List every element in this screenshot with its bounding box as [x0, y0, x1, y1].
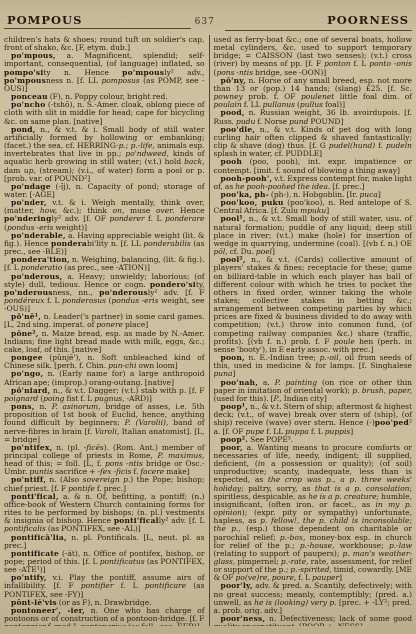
dictionary-entry: pooh (poo, pooh), int. expr. impatience … [214, 158, 413, 174]
dictionary-entry: pool², n., & v.t. (Cards) collective amo… [214, 256, 413, 354]
dictionary-entry: po'ntify, v.i. Play the pontiff, assume … [4, 574, 205, 598]
dictionary-entry: po'ndage (-ĭj), n. Capacity of pond; sto… [4, 183, 205, 199]
dictionary-entry: po'nder, v.t. & i. Weigh mentally, think… [4, 199, 205, 232]
dictionary-entry: pō'nē¹, n. Leader('s partner) in some ca… [4, 313, 205, 329]
header-right-catchword: POORNESS [327, 13, 409, 27]
dictionary-entry: used as ferry-boat &c.; one of several b… [214, 36, 413, 77]
dictionary-entry: poo'dle, n., & v.t. Kinds of pet dog wit… [214, 126, 413, 159]
dictionary-entry: po'ncho (-tshŏ), n. S.-Amer. cloak, oblo… [4, 101, 205, 125]
dictionary-entry: pongee (pŭnjē'), n. Soft unbleached kind… [4, 354, 205, 370]
dictionary-entry: po'ntifex, n. (pl. -ficēs). (Rom. Ant.) … [4, 444, 205, 477]
dictionary-entry: pons, n. P. asinorum, bridge of asses, i… [4, 403, 205, 444]
header-left-catchword: POMPOUS [7, 13, 82, 27]
dictionary-entry: pontificate (-ăt), n. Office of pontifex… [4, 550, 205, 574]
dictionary-entry: pontoneer', -ier, n. One who has charge … [4, 607, 205, 626]
right-column: used as ferry-boat &c.; one of several b… [209, 35, 414, 626]
dictionary-entry: pō'niard, n., & v.t. Dagger; (v.t.) stab… [4, 387, 205, 403]
dictionary-entry: po'mpous, a. Magnificent, splendid; self… [4, 52, 205, 93]
dictionary-entry: poor'ness, n. Defectiveness; lack of som… [214, 615, 413, 626]
header-rule-left-segment [4, 28, 191, 29]
dictionary-entry: poor'ly, adv. & pred. a. Scantily, defec… [214, 582, 413, 615]
dictionary-entry: pooh-pooh', v.t. Express contempt for, m… [214, 175, 413, 191]
dictionary-entry: poop¹, n., & v.t. Stern of ship; aftermo… [214, 403, 413, 436]
dictionary-entry: poon, n. E.-Indian tree; p.-oil, oil fro… [214, 354, 413, 378]
dictionary-entry: poo'koo, puku (poo'koo), n. Red antelope… [214, 199, 413, 215]
dictionary-entry: ponti'fical, a. & n. Of, befitting, a po… [4, 493, 205, 534]
dictionary-entry: pool¹, n., & v.t. Small body of still wa… [214, 215, 413, 256]
dictionary-entry: pō'ny, n. Horse of any small breed, esp.… [214, 77, 413, 110]
text-columns: children's hats & shoes; round tuft on s… [0, 32, 416, 626]
header-rule-right-segment [225, 30, 412, 31]
dictionary-entry: poor, a. Wanting means to procure comfor… [214, 444, 413, 583]
dictionary-entry: po'nderous, a. Heavy; unwieldy; laboriou… [4, 273, 205, 314]
dictionary-entry: pond, n., & v.t. & i. Small body of stil… [4, 126, 205, 183]
dictionary-entry: pood, n. Russian weight, 36 lb. avoirdup… [214, 109, 413, 125]
running-header: POMPOUS 637 POORNESS [0, 0, 416, 28]
dictionary-entry: children's hats & shoes; round tuft on s… [4, 36, 205, 52]
dictionary-entry: po'nderable, a. Having appreciable weigh… [4, 232, 205, 256]
dictionary-entry: pōne², n. Maize bread, esp. as made by N… [4, 330, 205, 354]
dictionary-entry: poo'nah, a. P. painting (on rice or othe… [214, 379, 413, 403]
left-column: children's hats & shoes; round tuft on s… [4, 35, 209, 626]
dictionary-entry: po'ntiff, n. (Also sovereign p.) the Pop… [4, 476, 205, 492]
dictionary-entry: po'ngo, n. (Early name for) a large anth… [4, 370, 205, 386]
dictionary-entry: pondera'tion, n. Weighing, balancing, (l… [4, 256, 205, 272]
dictionary-entry: pontificā'lia, n. pl. Pontificals. [L, n… [4, 534, 205, 550]
dictionary-page: POMPOUS 637 POORNESS children's hats & s… [0, 0, 416, 634]
page-number: 637 [82, 17, 327, 27]
